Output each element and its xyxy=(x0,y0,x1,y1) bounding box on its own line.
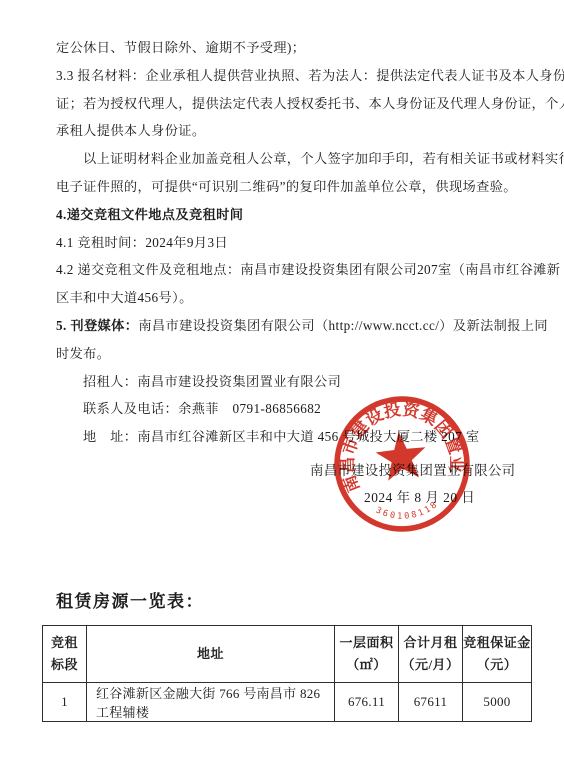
text-line: 招租人：南昌市建设投资集团置业有限公司 xyxy=(56,368,564,396)
text-line: 以上证明材料企业加盖竞租人公章，个人签字加印手印，若有相关证书或材料实行 xyxy=(56,145,564,173)
line-label: 5. 刊登媒体： xyxy=(56,318,138,333)
text-line: 定公休日、节假日除外、逾期不予受理)； xyxy=(56,34,564,62)
text-line: 5. 刊登媒体：南昌市建设投资集团有限公司（http://www.ncct.cc… xyxy=(56,312,564,340)
company-seal: 南昌市建设投资集团置业有限公司 3601081185786 xyxy=(324,386,480,542)
table-cell: 1 xyxy=(43,683,87,722)
table-cell: 5000 xyxy=(463,683,532,722)
document-page: 定公休日、节假日除外、逾期不予受理)；3.3 报名材料：企业承租人提供营业执照、… xyxy=(0,0,564,781)
text-line: 4.递交竞租文件地点及竞租时间 xyxy=(56,201,564,229)
text-line: 证；若为授权代理人，提供法定代表人授权委托书、本人身份证及代理人身份证，个人 xyxy=(56,90,564,118)
column-header: 地址 xyxy=(87,626,335,683)
text-line: 4.2 递交竞租文件及竞租地点：南昌市建设投资集团有限公司207室（南昌市红谷滩… xyxy=(56,256,564,284)
table-header-row: 竞租 标段地址一层面积 （㎡）合计月租 （元/月）竞租保证金 （元） xyxy=(43,626,532,683)
text-line: 时发布。 xyxy=(56,340,564,368)
text-line: 联系人及电话：余燕菲 0791-86856682 xyxy=(56,395,564,423)
text-line: 地 址：南昌市红谷滩新区丰和中大道 456 号城投大厦二楼 207 室 xyxy=(56,423,564,451)
column-header: 一层面积 （㎡） xyxy=(335,626,399,683)
text-line: 3.3 报名材料：企业承租人提供营业执照、若为法人：提供法定代表人证书及本人身份 xyxy=(56,62,564,90)
seal-graphic: 南昌市建设投资集团置业有限公司 3601081185786 xyxy=(324,386,480,542)
table-row: 1红谷滩新区金融大街 766 号南昌市 826 工程辅楼676.11676115… xyxy=(43,683,532,722)
text-line: 电子证件照的，可提供“可识别二维码”的复印件加盖单位公章，供现场查验。 xyxy=(56,173,564,201)
column-header: 合计月租 （元/月） xyxy=(399,626,463,683)
text-line: 4.1 竞租时间：2024年9月3日 xyxy=(56,229,564,257)
table-cell: 红谷滩新区金融大街 766 号南昌市 826 工程辅楼 xyxy=(87,683,335,722)
listing-table: 竞租 标段地址一层面积 （㎡）合计月租 （元/月）竞租保证金 （元） 1红谷滩新… xyxy=(42,625,532,722)
document-lines: 定公休日、节假日除外、逾期不予受理)；3.3 报名材料：企业承租人提供营业执照、… xyxy=(56,34,564,451)
column-header: 竞租 标段 xyxy=(43,626,87,683)
seal-star-icon xyxy=(374,429,429,482)
text-line: 区丰和中大道456号）。 xyxy=(56,284,564,312)
column-header: 竞租保证金 （元） xyxy=(463,626,532,683)
text-line: 承租人提供本人身份证。 xyxy=(56,117,564,145)
listing-title: 租赁房源一览表： xyxy=(56,587,204,612)
table-body: 1红谷滩新区金融大街 766 号南昌市 826 工程辅楼676.11676115… xyxy=(43,683,532,722)
table-cell: 67611 xyxy=(399,683,463,722)
table-cell: 676.11 xyxy=(335,683,399,722)
